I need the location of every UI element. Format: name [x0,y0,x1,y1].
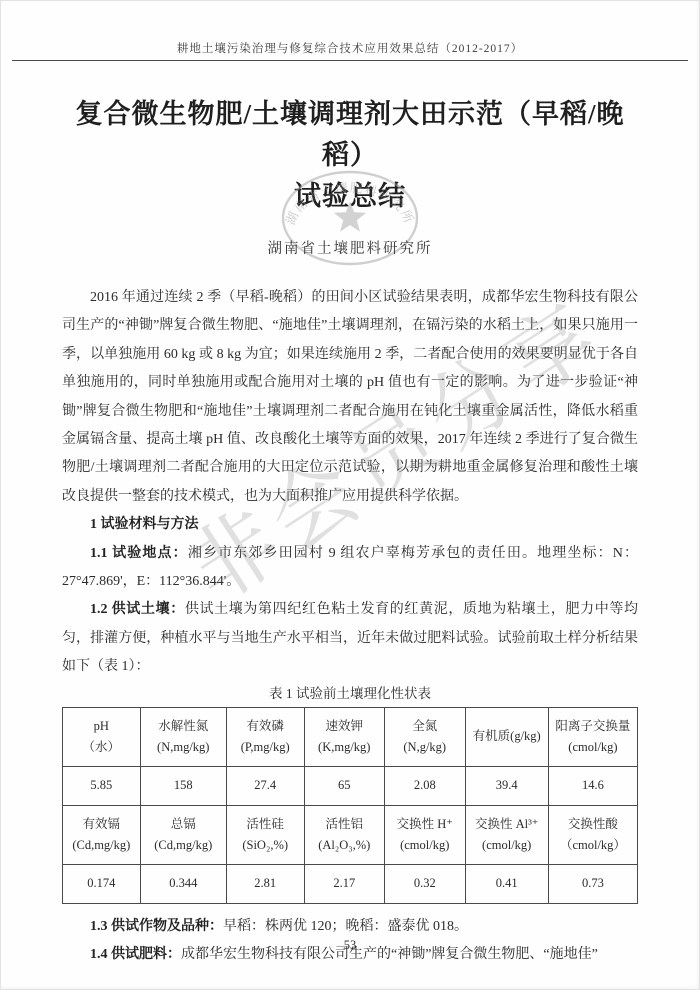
table-value-cell: 2.17 [304,864,385,903]
table-value-cell: 65 [304,766,385,805]
paragraph-soil-label: 1.2 供试土壤： [90,602,185,617]
document-page: 耕地土壤污染治理与修复综合技术应用效果总结（2012-2017） 湖南省土壤肥料… [0,0,700,990]
table-value-cell: 0.41 [465,864,548,903]
paragraph-intro: 2016 年通过连续 2 季（早稻-晚稻）的田间小区试验结果表明，成都华宏生物科… [62,284,638,511]
table-header-cell: 交换性酸（cmol/kg） [548,805,637,864]
document-title: 复合微生物肥/土壤调理剂大田示范（早稻/晚稻） 试验总结 [62,0,638,217]
table-value-cell: 0.32 [385,864,466,903]
table-header-cell: 有机质(g/kg) [465,707,548,766]
table-header-cell: 总镉(Cd,mg/kg) [140,805,226,864]
table-header-cell: 活性铝(Al₂O₃,%) [304,805,385,864]
paragraph-crops-text: 早稻：株两优 120；晚稻：盛泰优 018。 [223,919,468,934]
title-line-2: 试验总结 [62,176,638,217]
paragraph-fertilizer-label: 1.4 供试肥料： [90,947,181,962]
table-value-cell: 2.08 [385,766,466,805]
table-value-row-2: 0.174 0.344 2.81 2.17 0.32 0.41 0.73 [63,864,638,903]
paragraph-site: 1.1 试验地点：湘乡市东郊乡田园村 9 组农户辜梅芳承包的责任田。地理坐标：N… [62,540,638,597]
table-value-cell: 0.73 [548,864,637,903]
table-value-cell: 5.85 [63,766,141,805]
table-value-cell: 2.81 [226,864,304,903]
soil-properties-table: pH（水） 水解性氮(N,mg/kg) 有效磷(P,mg/kg) 速效钾(K,m… [62,707,638,904]
title-line-1: 复合微生物肥/土壤调理剂大田示范（早稻/晚稻） [62,94,638,176]
table-value-cell: 0.174 [63,864,141,903]
paragraph-site-label: 1.1 试验地点： [90,546,188,561]
table-value-cell: 158 [140,766,226,805]
table-header-cell: 活性硅(SiO₂,%) [226,805,304,864]
paragraph-fertilizer-text: 成都华宏生物科技有限公司生产的“神锄”牌复合微生物肥、“施地佳” [181,947,598,962]
table-value-cell: 0.344 [140,864,226,903]
table-header-cell: 有效磷(P,mg/kg) [226,707,304,766]
table-header-cell: 交换性 H⁺(cmol/kg) [385,805,466,864]
table-value-row-1: 5.85 158 27.4 65 2.08 39.4 14.6 [63,766,638,805]
paragraph-crops-label: 1.3 供试作物及品种： [90,919,223,934]
header-rule [12,60,688,61]
table-header-cell: 水解性氮(N,mg/kg) [140,707,226,766]
table-header-cell: 有效镉(Cd,mg/kg) [63,805,141,864]
table-header-row-1: pH（水） 水解性氮(N,mg/kg) 有效磷(P,mg/kg) 速效钾(K,m… [63,707,638,766]
paragraph-fertilizer: 1.4 供试肥料：成都华宏生物科技有限公司生产的“神锄”牌复合微生物肥、“施地佳… [62,941,638,969]
table-value-cell: 14.6 [548,766,637,805]
table-header-cell: 交换性 Al³⁺(cmol/kg) [465,805,548,864]
table-caption: 表 1 试验前土壤理化性状表 [62,684,638,704]
table-header-cell: 速效钾(K,mg/kg) [304,707,385,766]
table-header-cell: 全氮(N,g/kg) [385,707,466,766]
running-header: 耕地土壤污染治理与修复综合技术应用效果总结（2012-2017） [0,40,700,56]
table-value-cell: 39.4 [465,766,548,805]
paragraph-crops: 1.3 供试作物及品种：早稻：株两优 120；晚稻：盛泰优 018。 [62,913,638,941]
table-header-row-2: 有效镉(Cd,mg/kg) 总镉(Cd,mg/kg) 活性硅(SiO₂,%) 活… [63,805,638,864]
paragraph-soil: 1.2 供试土壤：供试土壤为第四纪红色粘土发育的红黄泥，质地为粘壤土，肥力中等均… [62,596,638,681]
table-value-cell: 27.4 [226,766,304,805]
section-heading-materials-methods: 1 试验材料与方法 [62,511,638,539]
table-header-cell: 阳离子交换量(cmol/kg) [548,707,637,766]
table-header-cell: pH（水） [63,707,141,766]
author-affiliation: 湖南省土壤肥料研究所 [62,237,638,258]
